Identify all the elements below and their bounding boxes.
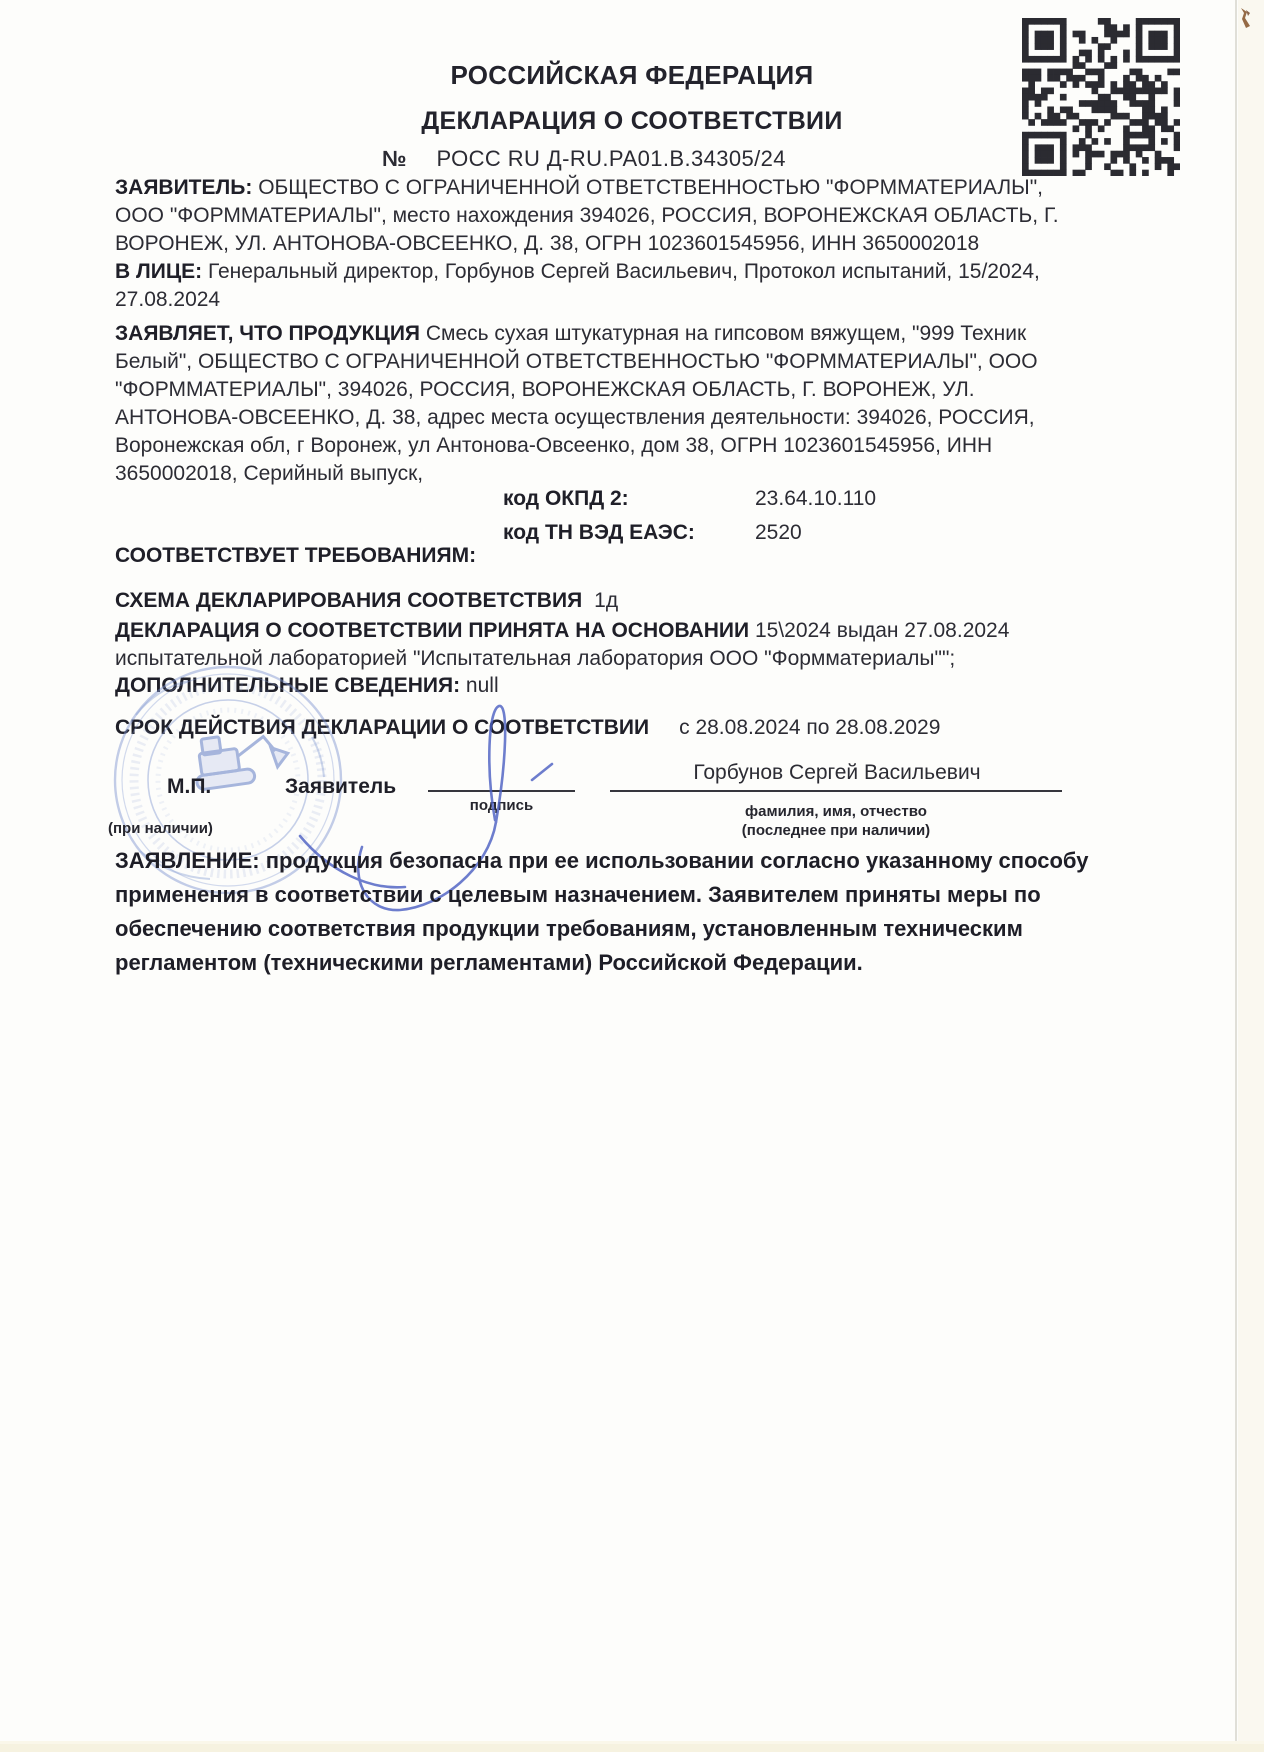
in-person-label: В ЛИЦЕ:: [115, 260, 202, 283]
basis-value: 15\2024 выдан 27.08.2024: [755, 619, 1009, 642]
declaration-document-page: РОССИЙСКАЯ ФЕДЕРАЦИЯ ДЕКЛАРАЦИЯ О СООТВЕ…: [0, 0, 1264, 1752]
product-label: ЗАЯВЛЯЕТ, ЧТО ПРОДУКЦИЯ: [115, 322, 420, 345]
basis-label: ДЕКЛАРАЦИЯ О СООТВЕТСТВИИ ПРИНЯТА НА ОСН…: [115, 619, 749, 642]
in-person-text: Генеральный директор, Горбунов Сергей Ва…: [115, 260, 1040, 311]
statement-label: ЗАЯВЛЕНИЕ:: [115, 848, 260, 873]
applicant-label: ЗАЯВИТЕЛЬ:: [115, 176, 252, 199]
scheme-label: СХЕМА ДЕКЛАРИРОВАНИЯ СООТВЕТСТВИЯ: [115, 589, 582, 612]
okpd-code-label: код ОКПД 2:: [503, 482, 755, 516]
scheme-value: 1д: [594, 589, 618, 612]
scan-edge-strip: [1238, 0, 1264, 1752]
applicant-text: ОБЩЕСТВО С ОГРАНИЧЕННОЙ ОТВЕТСТВЕННОСТЬЮ…: [115, 176, 1059, 255]
conforms-label: СООТВЕТСТВУЕТ ТРЕБОВАНИЯМ:: [115, 544, 476, 567]
mp-note: (при наличии): [108, 820, 213, 837]
statement-text: продукция безопасна при ее использовании…: [115, 848, 1088, 975]
signer-name: Горбунов Сергей Васильевич: [612, 761, 1062, 785]
conforms-line: СООТВЕТСТВУЕТ ТРЕБОВАНИЯМ:: [115, 542, 1115, 570]
codes-block: код ОКПД 2: 23.64.10.110 код ТН ВЭД ЕАЭС…: [503, 482, 876, 550]
scan-bottom-strip: [0, 1744, 1264, 1752]
product-paragraph: ЗАЯВЛЯЕТ, ЧТО ПРОДУКЦИЯ Смесь сухая штук…: [115, 320, 1070, 488]
scheme-line: СХЕМА ДЕКЛАРИРОВАНИЯ СООТВЕТСТВИЯ1д: [115, 587, 1115, 615]
name-caption-2: (последнее при наличии): [610, 822, 1062, 839]
document-title: ДЕКЛАРАЦИЯ О СООТВЕТСТВИИ: [0, 107, 1264, 136]
statement-paragraph: ЗАЯВЛЕНИЕ: продукция безопасна при ее ис…: [115, 844, 1100, 980]
declaration-number-row: №РОСС RU Д-RU.РА01.В.34305/24: [382, 146, 786, 172]
number-sign: №: [382, 146, 407, 171]
applicant-paragraph: ЗАЯВИТЕЛЬ: ОБЩЕСТВО С ОГРАНИЧЕННОЙ ОТВЕТ…: [115, 174, 1070, 314]
scan-speck: [1238, 6, 1254, 30]
okpd-code-value: 23.64.10.110: [755, 482, 876, 516]
product-text: Смесь сухая штукатурная на гипсовом вяжу…: [115, 322, 1038, 485]
mp-label: М.П.: [167, 775, 211, 799]
name-caption-1: фамилия, имя, отчество: [610, 803, 1062, 820]
qr-code: [1022, 18, 1180, 176]
validity-value: с 28.08.2024 по 28.08.2029: [679, 716, 940, 739]
country-title: РОССИЙСКАЯ ФЕДЕРАЦИЯ: [0, 60, 1264, 91]
scan-edge-line: [1235, 0, 1237, 1752]
declaration-number: РОСС RU Д-RU.РА01.В.34305/24: [437, 146, 786, 171]
name-line: [610, 790, 1062, 792]
okpd-code-row: код ОКПД 2: 23.64.10.110: [503, 482, 876, 516]
